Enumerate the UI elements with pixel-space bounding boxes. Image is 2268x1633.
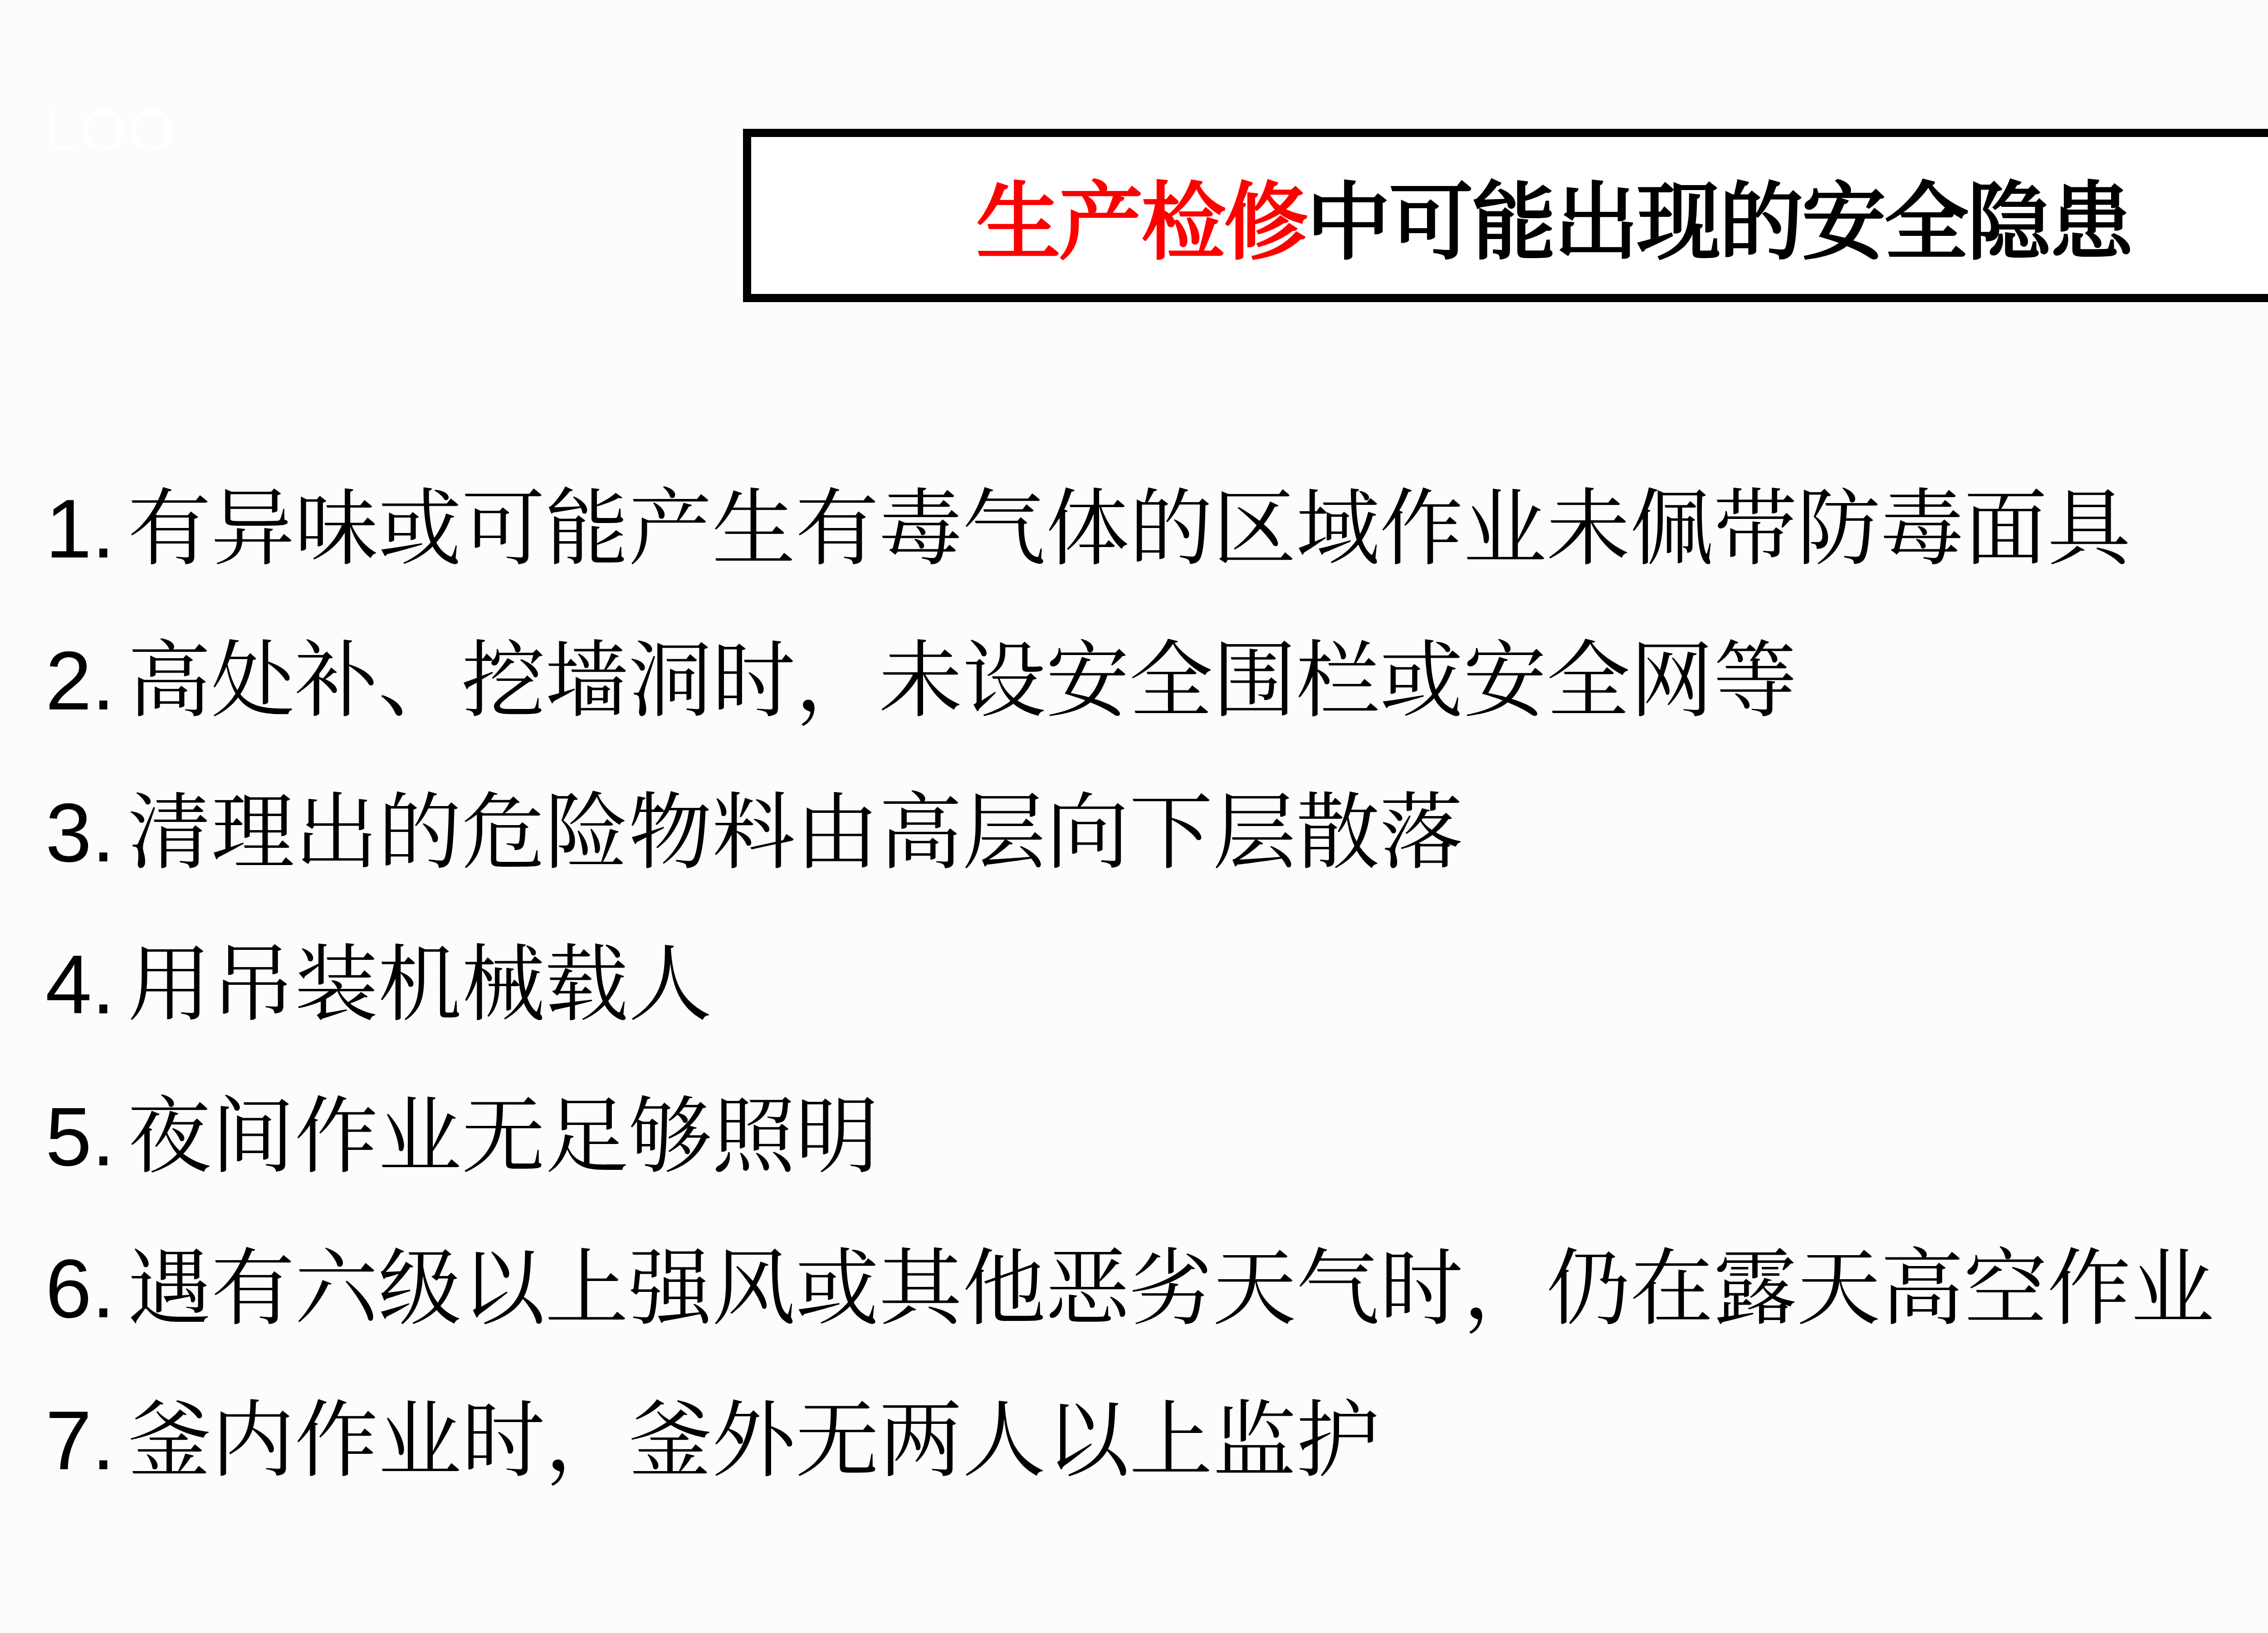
page-title: 生产检修中可能出现的安全隐患	[976, 155, 2132, 276]
list-item: 5.夜间作业无足够照明	[45, 1075, 2214, 1227]
item-number: 2.	[45, 634, 115, 727]
item-text: 用吊装机械载人	[127, 936, 712, 1033]
list-item: 7.釜内作业时，釜外无两人以上监护	[45, 1379, 2214, 1531]
item-text: 清理出的危险物料由高层向下层散落	[127, 784, 1463, 881]
list-item: 6.遇有六级以上强风或其他恶劣天气时，仍在露天高空作业	[45, 1227, 2214, 1379]
title-rest: 中可能出现的安全隐患	[1306, 173, 2132, 272]
item-number: 1.	[45, 482, 115, 575]
item-number: 3.	[45, 786, 115, 879]
hazard-list: 1.有异味或可能产生有毒气体的区域作业未佩带防毒面具 2.高处补、挖墙洞时，未设…	[45, 467, 2214, 1531]
item-text: 高处补、挖墙洞时，未设安全围栏或安全网等	[127, 632, 1797, 729]
item-number: 6.	[45, 1242, 115, 1335]
item-number: 5.	[45, 1090, 115, 1183]
list-item: 4.用吊装机械载人	[45, 923, 2214, 1075]
item-text: 有异味或可能产生有毒气体的区域作业未佩带防毒面具	[127, 480, 2131, 577]
item-text: 夜间作业无足够照明	[127, 1088, 879, 1185]
item-number: 4.	[45, 938, 115, 1031]
list-item: 2.高处补、挖墙洞时，未设安全围栏或安全网等	[45, 619, 2214, 771]
list-item: 3.清理出的危险物料由高层向下层散落	[45, 771, 2214, 923]
title-box: 生产检修中可能出现的安全隐患	[743, 129, 2268, 302]
logo-placeholder: LOO	[44, 96, 176, 165]
item-text: 遇有六级以上强风或其他恶劣天气时，仍在露天高空作业	[127, 1240, 2214, 1337]
list-item: 1.有异味或可能产生有毒气体的区域作业未佩带防毒面具	[45, 467, 2214, 619]
item-number: 7.	[45, 1393, 115, 1487]
item-text: 釜内作业时，釜外无两人以上监护	[127, 1392, 1379, 1489]
title-highlight: 生产检修	[976, 173, 1306, 272]
